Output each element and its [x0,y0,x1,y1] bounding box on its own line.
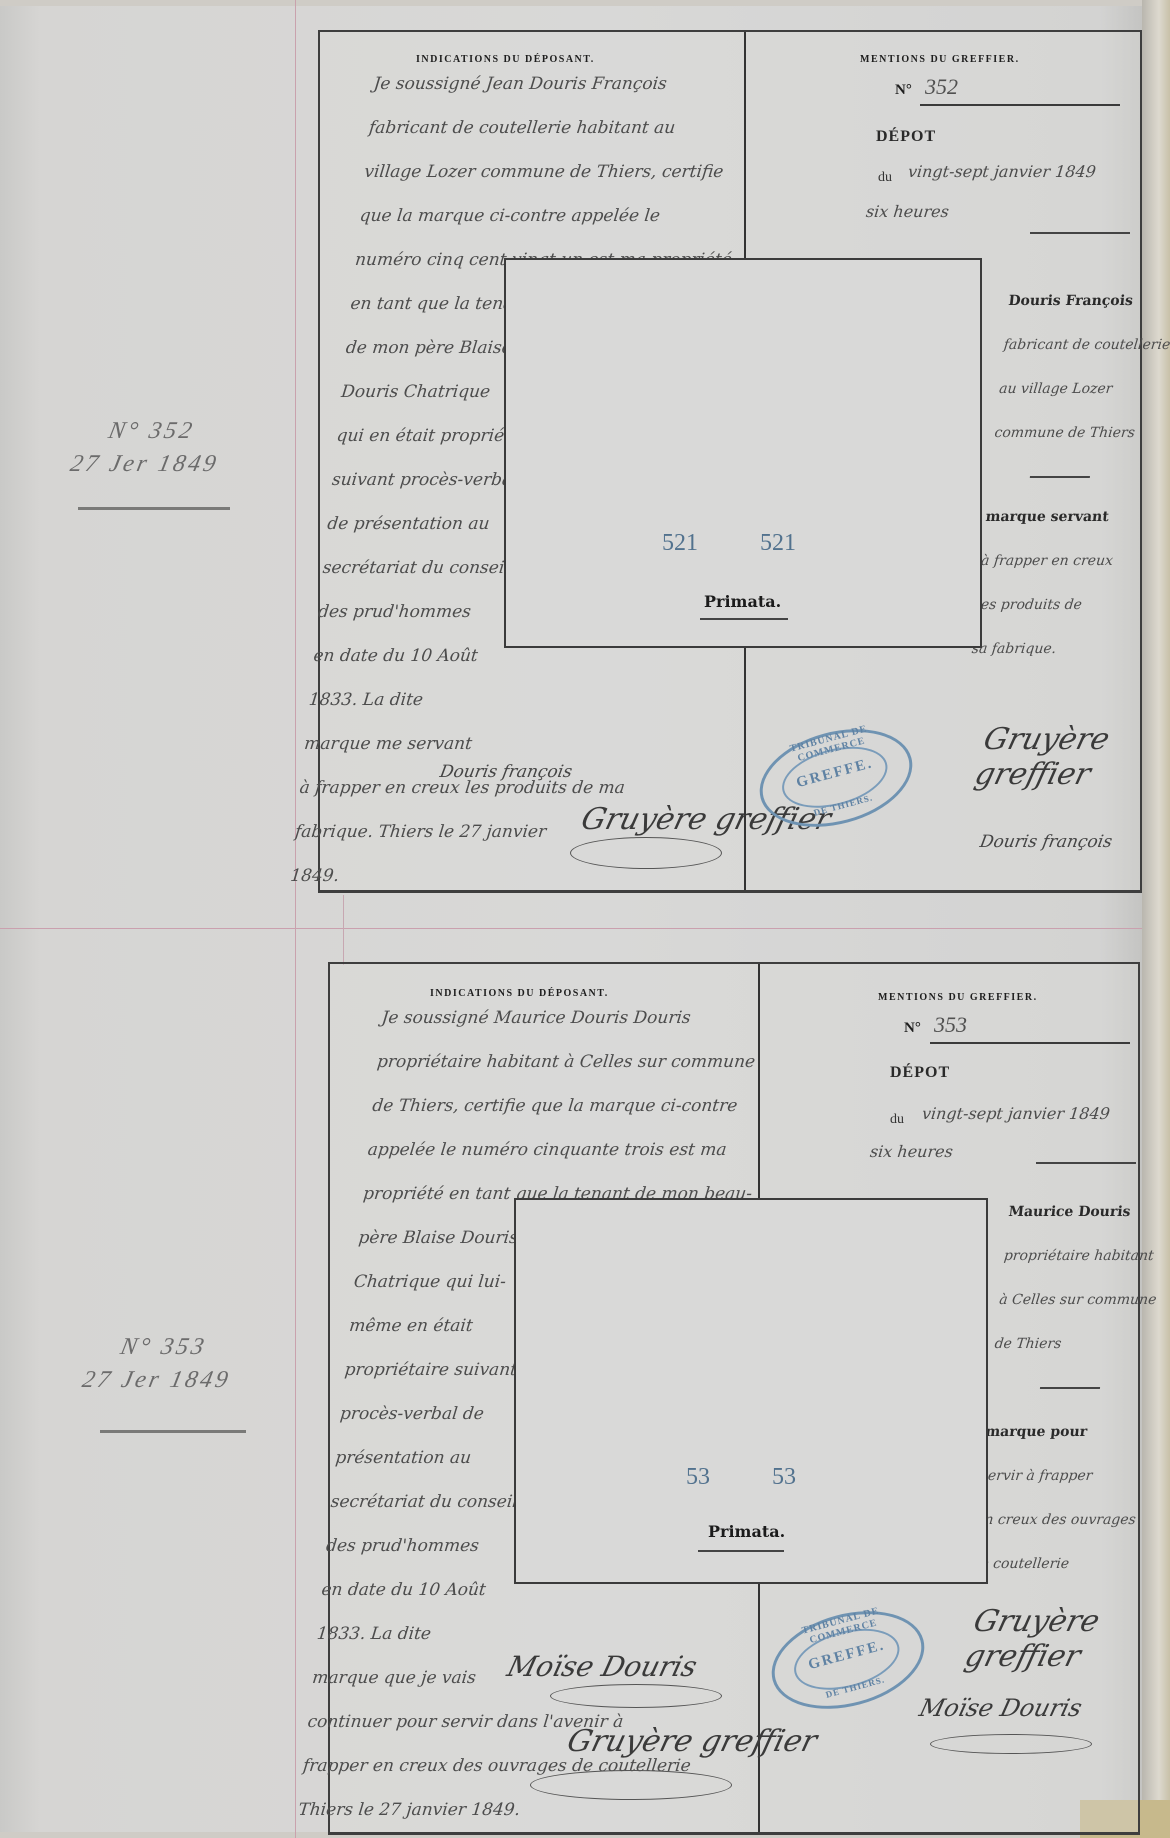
margin-note: N° 353 27 Jer 1849 [64,1334,257,1394]
margin-note-date: 27 Jer 1849 [64,1367,250,1394]
number-underline [920,104,1120,106]
margin-note-number: N° 352 [106,418,197,444]
depositor-signature: Douris françois [438,762,573,782]
margin-note-number: N° 353 [118,1334,209,1360]
clerk-signature-right: Gruyère greffier [961,1604,1146,1674]
mark-number-left: 521 [662,530,698,557]
separator-dash [1036,1162,1136,1164]
number-label: N° [904,1020,921,1037]
deposit-number: 353 [934,1012,967,1038]
margin-note-underline [100,1430,246,1433]
margin-note-date: 27 Jer 1849 [52,451,238,478]
margin-rule-vertical [295,0,296,1838]
signature-flourish [570,837,722,869]
du-label: du [890,1112,904,1128]
clerk-signature-right: Gruyère greffier [971,722,1148,792]
signature-flourish [550,1684,722,1708]
number-label: N° [895,82,912,99]
signature-flourish [930,1734,1092,1754]
mark-name: Primata. [704,592,781,611]
deposit-time: six heures [868,1130,955,1174]
mark-number-left: 53 [686,1464,710,1491]
trademark-box: 53 53 Primata. [514,1198,988,1584]
mark-name: Primata. [708,1522,785,1541]
number-underline [930,1042,1130,1044]
margin-note-underline [78,507,230,510]
court-stamp: TRIBUNAL DE COMMERCE GREFFE. DE THIERS. [749,713,923,842]
margin-note: N° 352 27 Jer 1849 [52,418,245,478]
separator-dash [1030,232,1130,234]
deposit-time: six heures [864,190,951,234]
clerk-signature-left: Gruyère greffier [564,1724,821,1759]
depot-label: DÉPOT [890,1064,950,1082]
entry-separator-rule [0,928,1142,929]
depositor-signature-copy: Douris françois [978,832,1113,852]
clerk-heading: MENTIONS DU GREFFIER. [878,992,1038,1003]
depot-label: DÉPOT [876,128,936,146]
du-label: du [878,170,892,186]
court-stamp: TRIBUNAL DE COMMERCE GREFFE. DE THIERS. [761,1595,935,1724]
clerk-notes: Douris François fabricant de coutellerie… [969,280,1170,672]
signature-flourish [530,1770,732,1800]
mark-name-underline [698,1550,784,1552]
book-binding-edge [1142,0,1170,1838]
deposit-number: 352 [925,74,958,100]
clerk-heading: MENTIONS DU GREFFIER. [860,54,1020,65]
trademark-box: 521 521 Primata. [504,258,982,648]
depositor-signature-copy: Moïse Douris [917,1694,1085,1722]
mark-name-underline [700,618,788,620]
clerk-notes: Maurice Douris propriétaire habitant à C… [969,1190,1170,1586]
connector-rule [343,895,344,965]
depositor-signature: Moïse Douris [504,1650,701,1683]
mark-number-right: 521 [760,530,796,557]
deposit-date: vingt-sept janvier 1849 [906,150,1098,194]
mark-number-right: 53 [772,1464,796,1491]
